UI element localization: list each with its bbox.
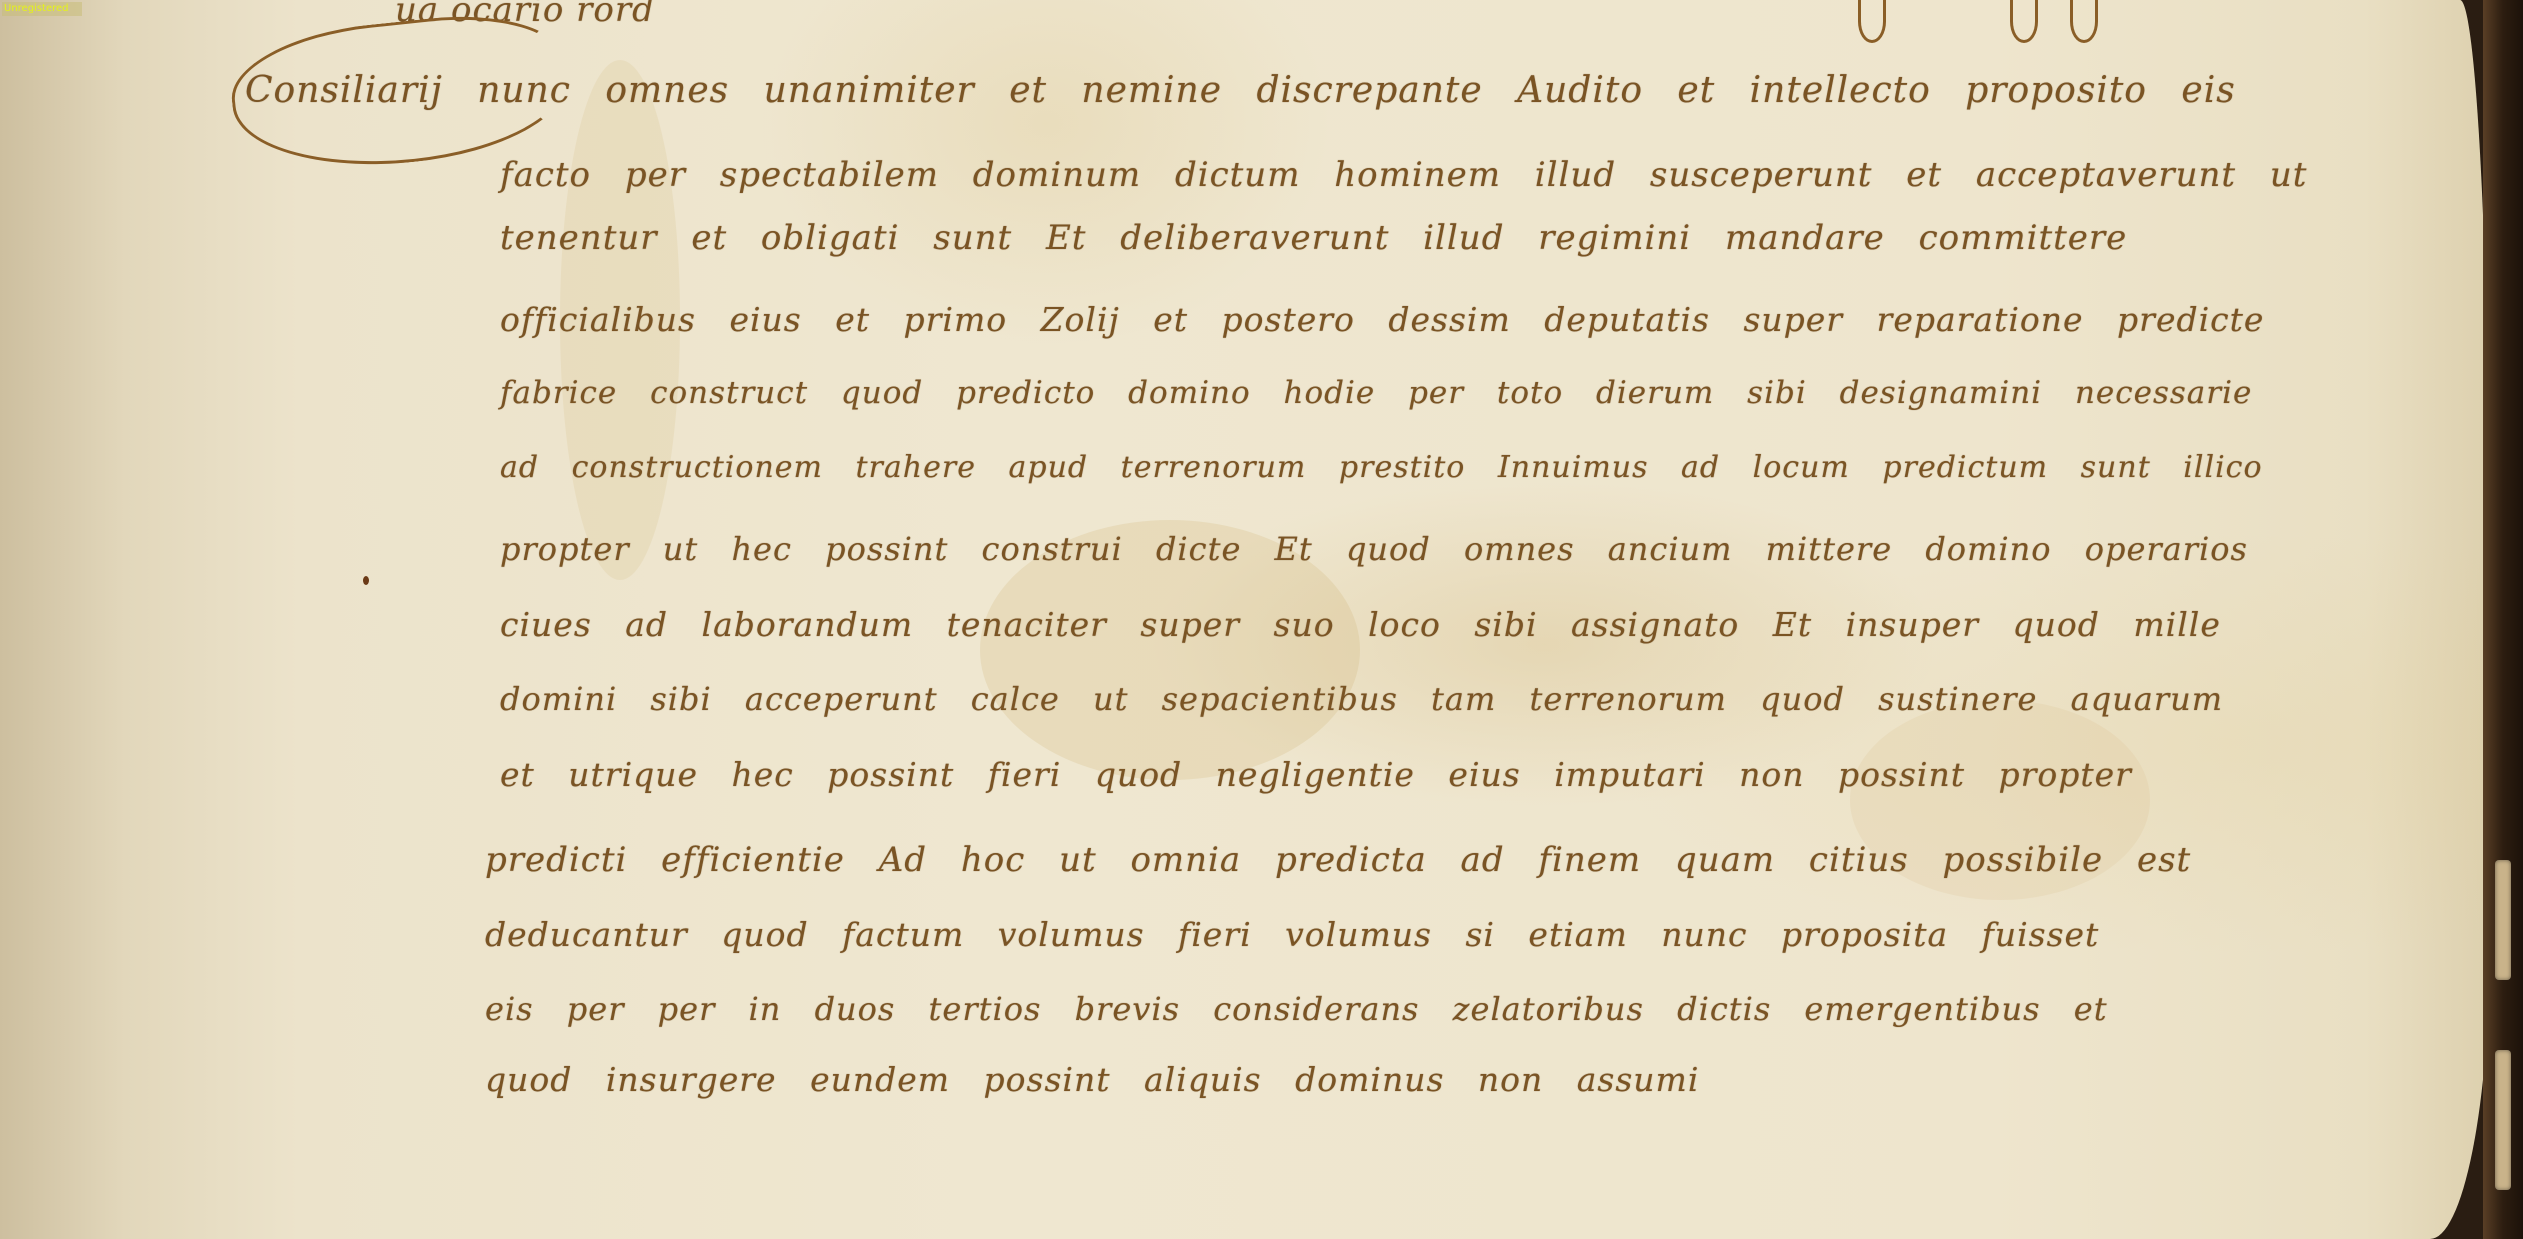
manuscript-line-12: deducantur quod factum volumus fieri vol… — [485, 915, 2099, 954]
header-loop-mark — [1858, 0, 1886, 43]
header-loop-mark — [2010, 0, 2038, 43]
margin-ink-dot — [363, 576, 369, 585]
manuscript-line-6: ad constructionem trahere apud terrenoru… — [500, 450, 2263, 485]
manuscript-line-5: fabrice construct quod predicto domino h… — [500, 375, 2252, 411]
header-loop-mark — [2070, 0, 2098, 43]
manuscript-line-7: propter ut hec possint construi dicte Et… — [500, 530, 2248, 568]
manuscript-line-8: ciues ad laborandum tenaciter super suo … — [500, 605, 2221, 644]
book-binding-edge — [2483, 0, 2523, 1239]
manuscript-line-2: facto per spectabilem dominum dictum hom… — [500, 155, 2307, 195]
manuscript-page: ua ocario rord Consiliarij nunc omnes un… — [0, 0, 2490, 1239]
manuscript-line-1: Consiliarij nunc omnes unanimiter et nem… — [245, 70, 2236, 111]
manuscript-line-14: quod insurgere eundem possint aliquis do… — [485, 1060, 1699, 1099]
manuscript-line-11: predicti efficientie Ad hoc ut omnia pre… — [485, 840, 2191, 880]
unregistered-watermark: Unregistered — [2, 2, 82, 16]
binding-thread — [2495, 1050, 2511, 1190]
manuscript-line-9: domini sibi acceperunt calce ut sepacien… — [500, 680, 2223, 718]
manuscript-line-10: et utrique hec possint fieri quod neglig… — [500, 755, 2132, 794]
manuscript-line-3: tenentur et obligati sunt Et deliberaver… — [500, 218, 2127, 258]
binding-thread — [2495, 860, 2511, 980]
manuscript-line-13: eis per per in duos tertios brevis consi… — [485, 990, 2108, 1028]
manuscript-line-4: officialibus eius et primo Zolij et post… — [500, 300, 2264, 339]
